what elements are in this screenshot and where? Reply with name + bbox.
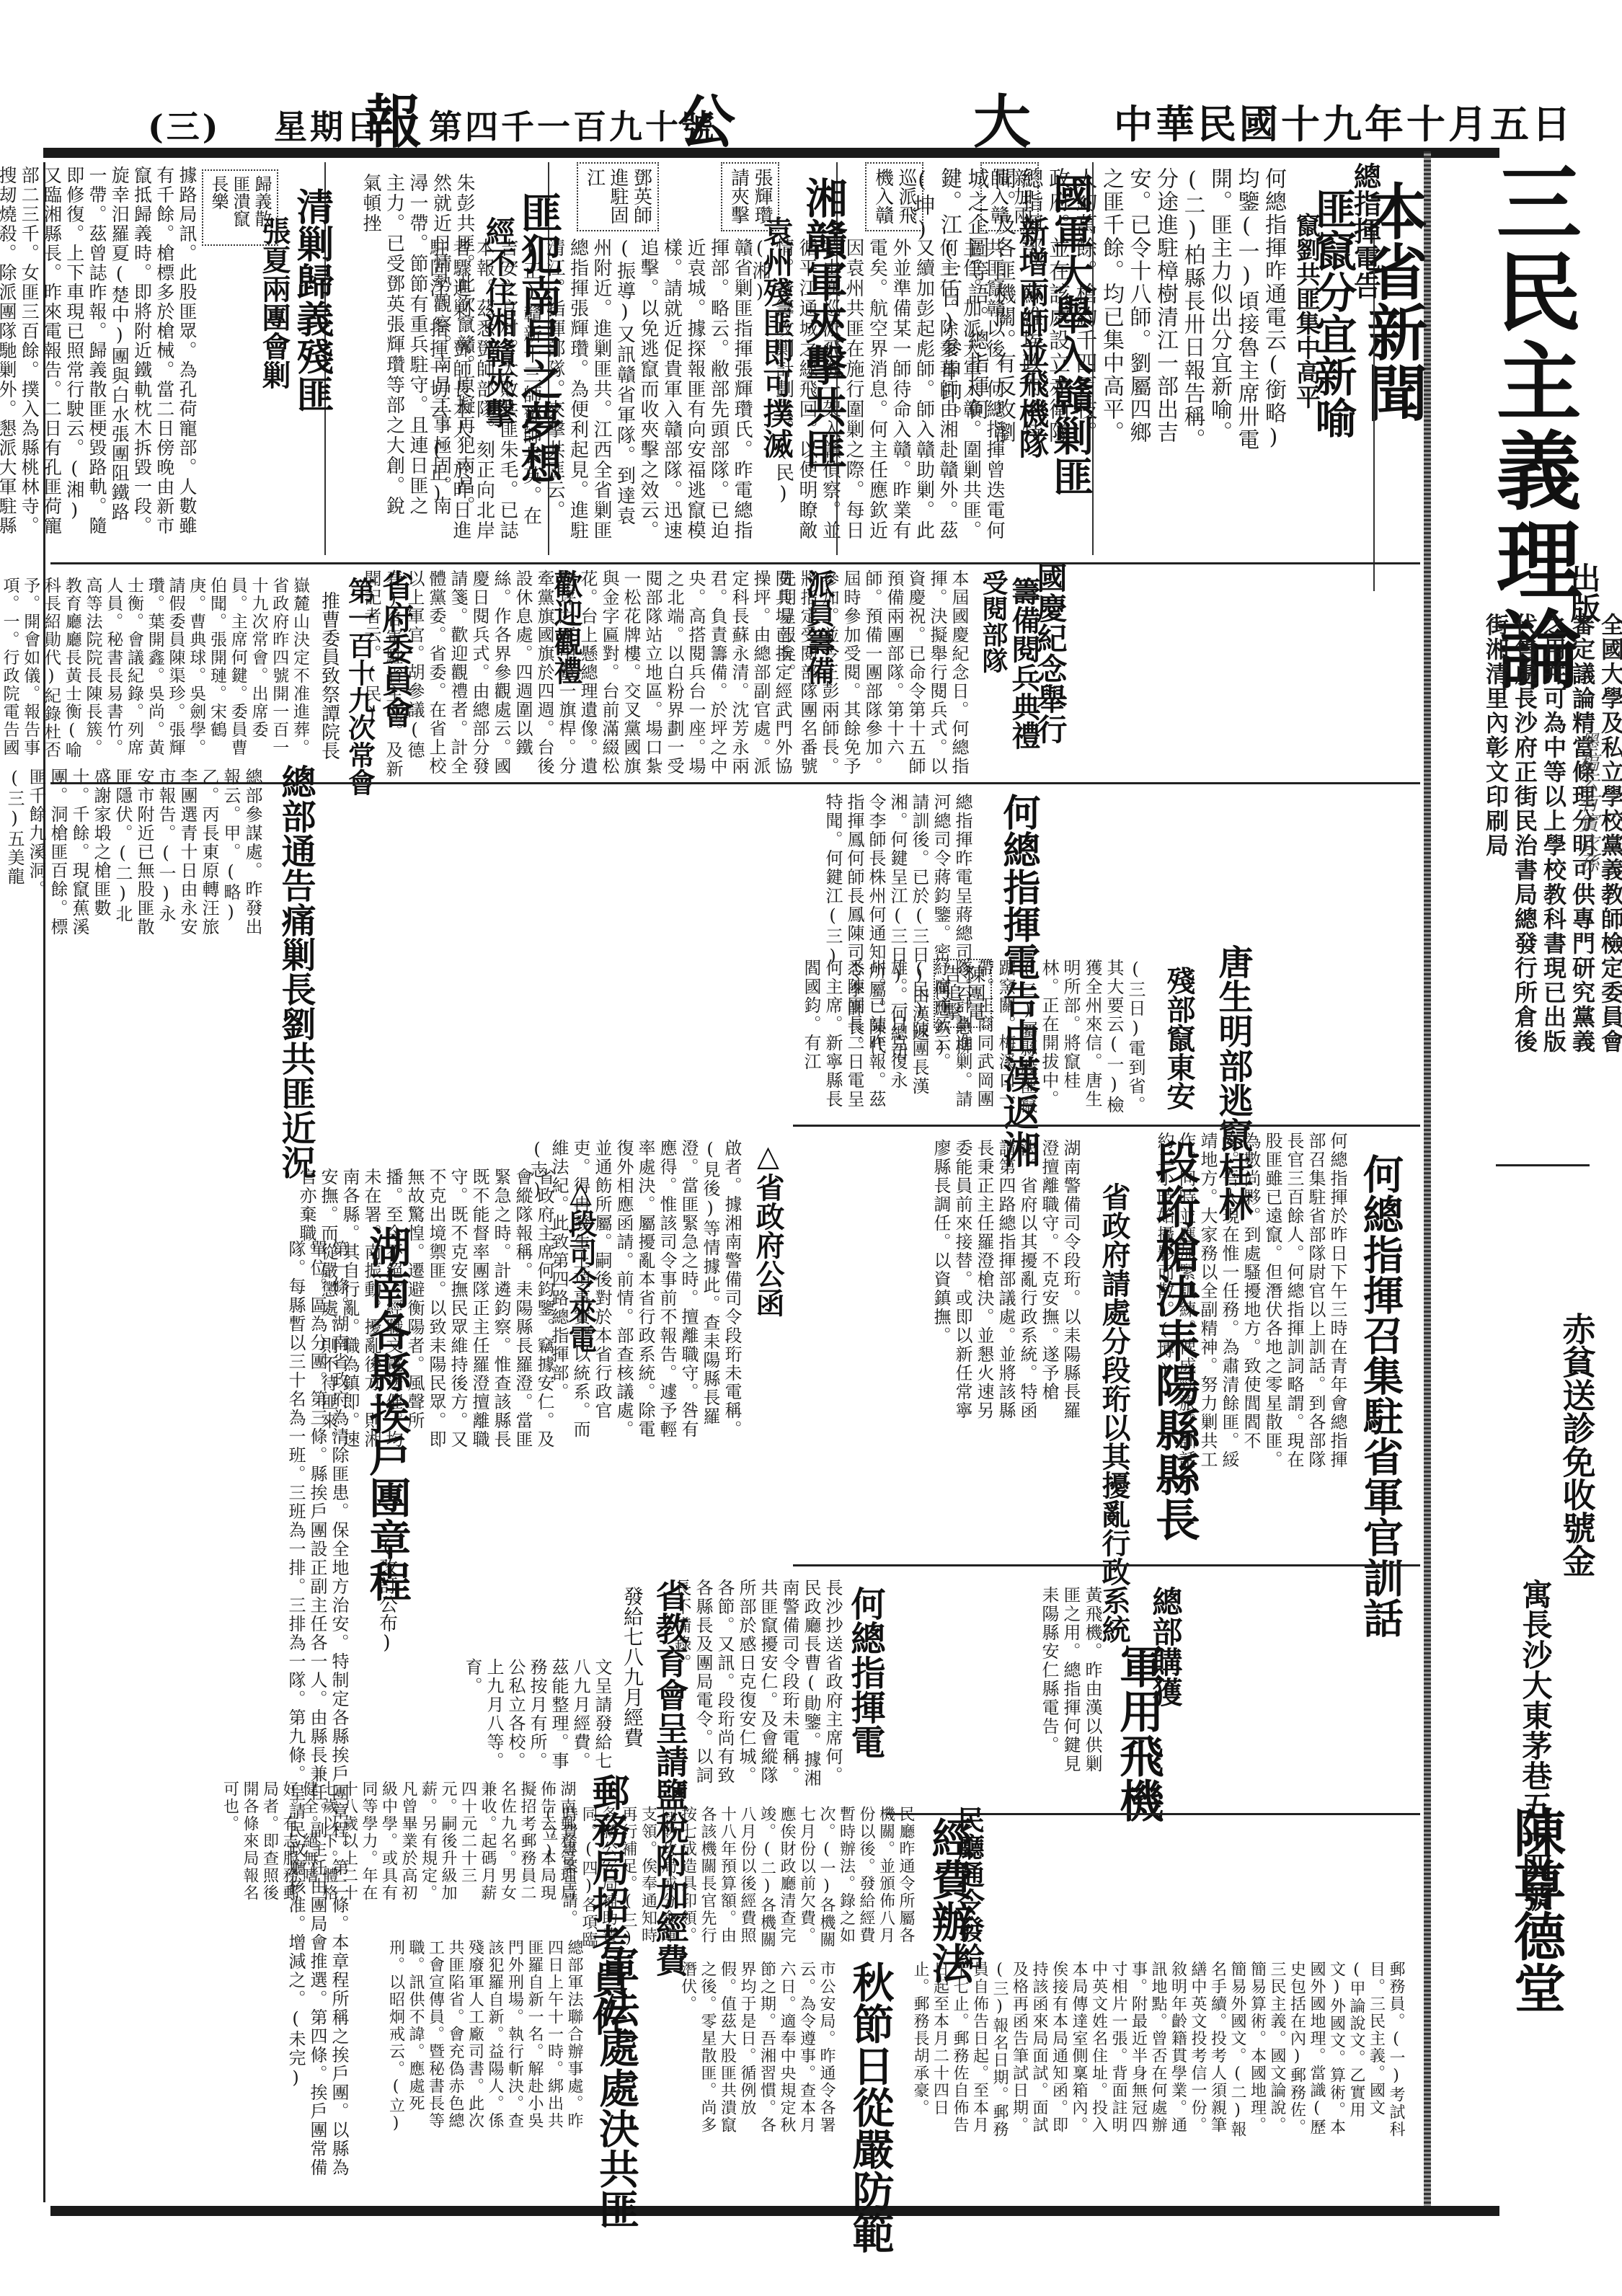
masthead-paper-name-1: 大 — [973, 76, 1034, 159]
article-subhead: 省政府請處分段珩以其擾亂行政系統 — [1096, 1182, 1132, 1644]
article-kicker: 推曹委員致祭譚院長 — [317, 591, 341, 760]
article-subhead: 袁州殘匪即可撲滅 — [757, 216, 795, 458]
article-body: 嶽麓山決定不准進葬。省政府昨四號開一百一十九次常會。出席委員。主席何鍵。委員曹伯… — [50, 577, 310, 771]
article-subhead: 竄劉共匪集中高平 — [1290, 213, 1321, 409]
article-body: 市公安局。昨通令各署云。為令遵事。查本月六日。適奉中央規定秋節之期。吾湘習慣。各… — [793, 1961, 836, 2134]
article-subhead: 民廳通令發給 — [952, 1806, 986, 1970]
article-body: 長沙抄送省政府主席何。民政廳長曹(勛鑒。據湘南警備司令段珩未電稱。共匪竄擾安仁。… — [764, 1579, 843, 1795]
article-body: 總部參謀處。昨發出報云。甲。(略)乙。丙長東原轉汪旅李團選青十日由永安市報告。(… — [47, 768, 263, 941]
article-subhead: 新增兩師並飛機隊 — [1013, 216, 1051, 458]
article-body: 黃飛機。昨由漢以供剿匪之用。總指揮何鍵見耒陽縣安仁縣電告。 — [1009, 1586, 1103, 1788]
handwritten-note: 墨稿云有賓衣孫 — [1575, 732, 1600, 1049]
article-body: 湖南警備司令段珩。以耒陽縣長羅澄擅離職守。不克安撫。遂予槍決。省府以其擾亂行政系… — [800, 1139, 1081, 1427]
article-headline: 軍法處處決共匪 — [591, 1946, 642, 2229]
article-subhead: 第一百十九次常會 — [342, 577, 377, 796]
article-box: 張輝瓚請夾擊 — [721, 162, 779, 231]
article-headline: 省府委員會 — [375, 569, 415, 728]
article-headline: 清剿歸義殘匪 — [288, 187, 335, 412]
masthead-date: 中華民國十九年十月五日 — [1114, 94, 1574, 149]
article-headline: 湘贛軍夾擊共匪 — [797, 177, 849, 469]
article-body: 第一條。湖南省政府為清除匪患。保全地方治安。特制定各縣挨戶團章程。第二條。本章程… — [47, 1240, 350, 2177]
article-body: 何總指揮於昨日下午三時在青年會總指揮部召集駐省部隊尉官以上訓話。到各部隊長官三百… — [1189, 1132, 1348, 1478]
issue-number: 第四千一百九十號 — [429, 101, 717, 149]
article-subhead: (改訂公布) — [375, 1535, 399, 1654]
article-headline: 總部通告痛剿長劉共匪近況 — [274, 764, 317, 1179]
article-box: 巡派飛機入贛 — [865, 162, 923, 231]
article-subhead: 總部購獲 — [1146, 1586, 1184, 1707]
weekday: 星期日 — [274, 101, 382, 149]
article-headline: △段司令來電 — [562, 1175, 598, 1353]
article-headline: △省政府公函 — [750, 1139, 786, 1317]
article-kicker: 受閱部隊 — [977, 569, 1009, 673]
top-rule — [43, 148, 1499, 158]
article-subhead: 籌備閱兵典禮 — [1006, 577, 1042, 750]
article-box: 新加兩師入贛 — [980, 162, 1039, 231]
article-headline: 何總指揮電 — [843, 1586, 887, 1759]
sidebar-divider — [1496, 1164, 1590, 1166]
article-body: 文呈請發給七八九月經費。茲能整理。事務按月有所。公私立各校。上九月八等。育。 — [433, 1658, 613, 1788]
bottom-rule — [50, 2206, 1499, 2216]
article-body: 總部軍法聯合辦事處。昨四日上午十一時。綁出共匪羅自新一名。解赴小吳門外刑場。執行… — [404, 1939, 584, 2141]
article-body: 何總指揮昨通電云(銜略)均鑒(一)頃接魯主席卅電開。匪主力似出分宜新喻。(二)柏… — [1114, 167, 1287, 456]
article-subhead: 經不住湘贛夾擊 — [479, 216, 518, 428]
row-divider — [793, 1564, 1420, 1566]
row-divider — [50, 562, 1420, 564]
sidebar-border — [1424, 151, 1431, 2213]
article-subhead: 殘部竄東安 — [1161, 966, 1197, 1110]
article-box: 鄧英師進駐固江 — [577, 162, 659, 231]
article-body: 朱彭共匪。此次竄贛。原擬再犯南昌。然就近日情勢觀察。南昌工事極固。南潯一帶。節節… — [375, 173, 476, 533]
article-body: 共匪竄贛以後。何總指揮曾迭電何主任。加派大軍入贛。圍剿共匪。何主任。除秉蕃師由湘… — [840, 238, 1006, 541]
book-ad-text: 三民主義理論一書係張平子君所編經中央全國大學及私立學校黨義教師檢定委員會審定議論… — [1481, 613, 1622, 1074]
row-divider — [793, 1125, 1420, 1127]
article-body: 本屆國慶紀念日。何總指揮。決擬舉行閱兵式。以資慶祝。已命令第十五師預備兩團部隊。… — [825, 569, 970, 779]
article-body: (三日)電到省。其大要云(一)檢獲全州來信。唐生明所部。將竄桂林。正在開拔中。(… — [894, 959, 1146, 1125]
article-headline: 國軍大舉入贛剿匪 — [1045, 173, 1096, 496]
article-headline: 匪犯南昌之夢想 — [512, 191, 564, 484]
article-headline: 秋節日從嚴防範 — [843, 1961, 896, 2253]
article-body: 據路局訊。此股匪眾。為孔荷寵部。人數雖有千餘。槍標多於槍械。當二日傍晚由新市竄抵… — [54, 166, 198, 541]
article-body: 省政府主席何鈞鑒。竊據安仁。及會縱隊報稱。耒陽縣長羅澄。當匪緊急之時。計遴鈞察。… — [411, 1168, 555, 1463]
article-body: 民廳昨通令所屬各機關。並頒佈八月份以後。發給經費暫時辦法。錄之如次。(一)各機關… — [793, 1806, 916, 1950]
clinic-ad: 赤貧送診免收號金 — [1556, 1312, 1597, 1577]
article-box: 歸義散匪潰竄長樂 — [202, 169, 278, 246]
article-body: 贛省剿匪指揮張輝瓚氏。昨電總指揮部。略云。敝部先頭部隊。已迫近袁城。據探報匪有向… — [548, 238, 753, 541]
article-body: 閱兵場已指定經武門外協操坪。由總部副官處。派定科長蘇永清。沈芳永兩君。負責籌備。… — [404, 569, 793, 779]
article-body: 湖南郵務管理局佈告云。本局現擬招考郵務員二名佐九名。男女兼收。起碼月薪四十元二十… — [411, 1781, 577, 1910]
doctor-name: 陳尊德堂 — [1503, 1806, 1568, 2013]
page-number: (三) — [148, 101, 221, 149]
article-kicker: 派員籌備 — [800, 569, 836, 685]
article-subhead: 發給七八九月經費 — [620, 1586, 645, 1747]
article-headline: 段珩槍決耒陽縣縣長 — [1146, 1139, 1202, 1541]
article-body: 啟者。據湘南警備司令段珩未電稱。(見後)等情據此。查耒陽縣長羅澄。當匪緊急之時。… — [606, 1139, 743, 1442]
article-body: 郵務員。(一)考試科目。三民主義。國文(甲論說文。乙實用文)外國文。算術。本國外… — [1024, 1961, 1406, 2141]
